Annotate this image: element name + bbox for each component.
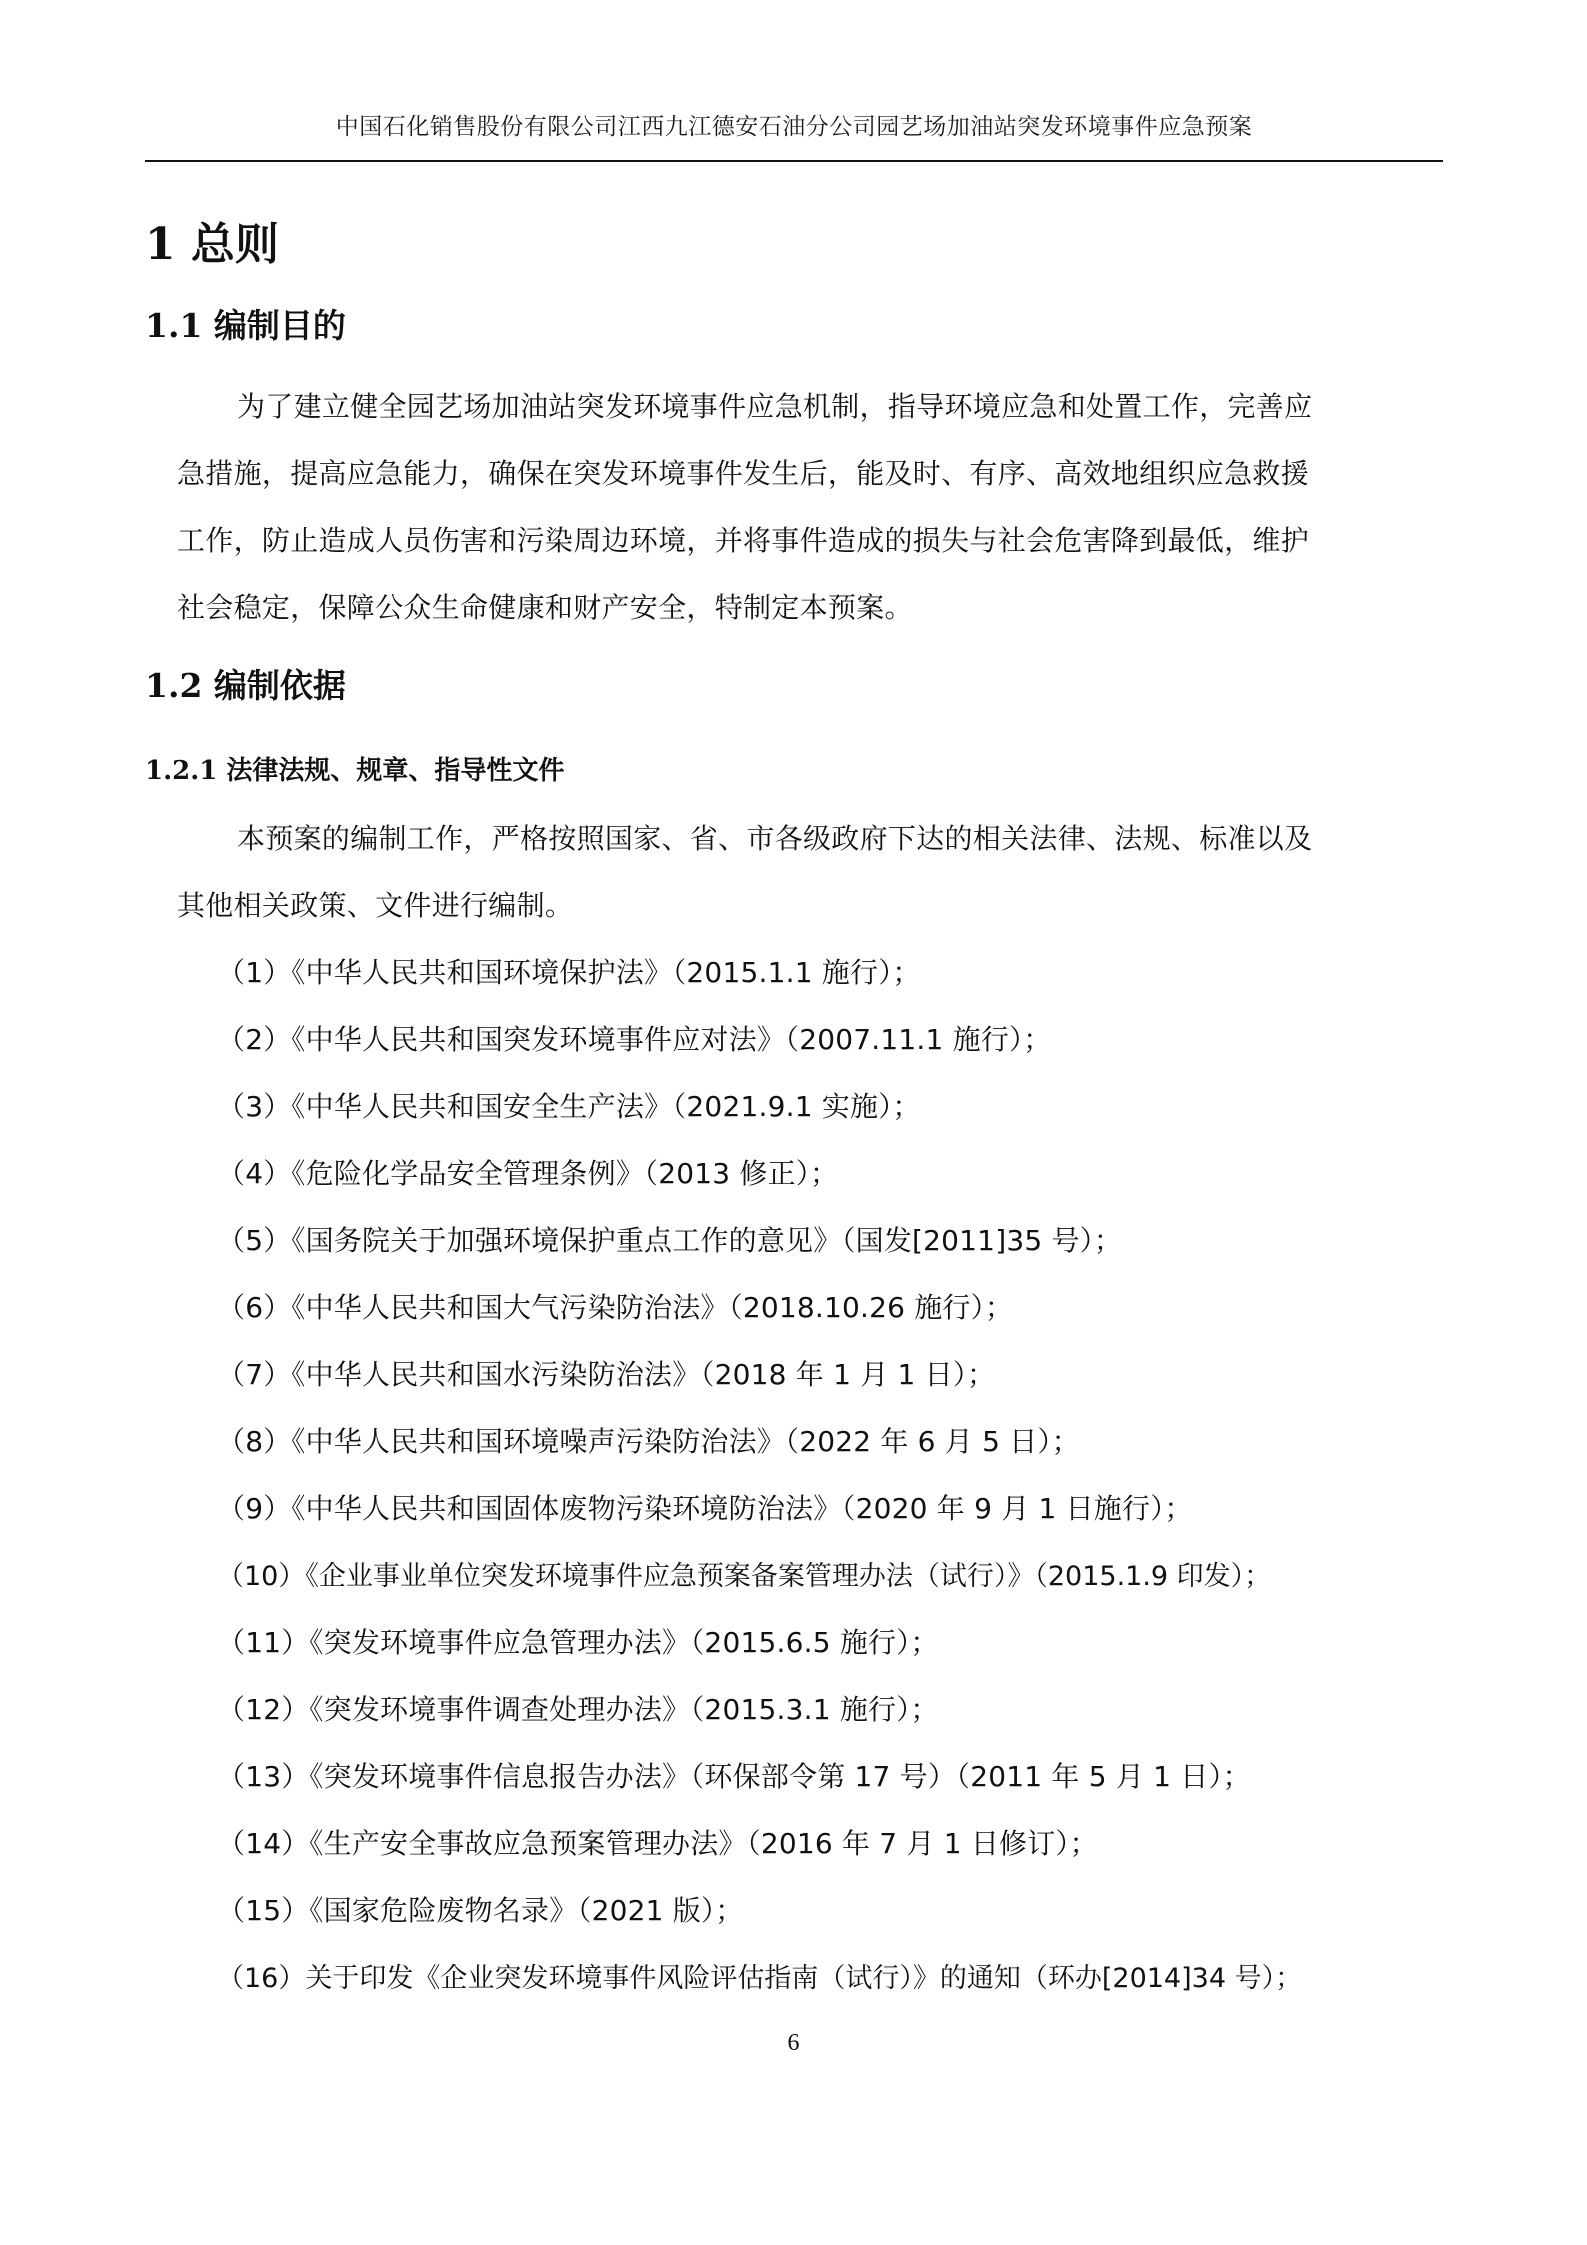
regulation-list-item: （5）《国务院关于加强环境保护重点工作的意见》（国发[2011]35 号）； [217,1219,1122,1259]
regulation-list-item: （4）《危险化学品安全管理条例》（2013 修正）； [217,1152,838,1192]
page-number: 6 [0,2030,1587,2057]
regulation-list-item: （10）《企业事业单位突发环境事件应急预案备案管理办法（试行）》（2015.1.… [217,1554,1271,1593]
regulation-list-item: （1）《中华人民共和国环境保护法》（2015.1.1 施行）； [217,951,921,991]
chapter-title: 1 总则 [145,208,279,272]
regulation-list-item: （8）《中华人民共和国环境噪声污染防治法》（2022 年 6 月 5 日）； [217,1420,1080,1460]
regulation-list-item: （3）《中华人民共和国安全生产法》（2021.9.1 实施）； [217,1085,921,1125]
subsection-title-1-2-1: 1.2.1 法律法规、规章、指导性文件 [145,750,564,787]
section-title-1-1: 1.1 编制目的 [145,300,346,347]
basis-paragraph-line: 其他相关政策、文件进行编制。 [177,884,573,924]
purpose-paragraph-line: 急措施，提高应急能力，确保在突发环境事件发生后，能及时、有序、高效地组织应急救援 [177,452,1309,492]
regulation-list-item: （2）《中华人民共和国突发环境事件应对法》（2007.11.1 施行）； [217,1018,1051,1058]
purpose-paragraph-line: 为了建立健全园艺场加油站突发环境事件应急机制，指导环境应急和处置工作，完善应 [237,385,1312,425]
regulation-list-item: （14）《生产安全事故应急预案管理办法》（2016 年 7 月 1 日修订）； [217,1822,1098,1862]
running-header: 中国石化销售股份有限公司江西九江德安石油分公司园艺场加油站突发环境事件应急预案 [145,108,1443,141]
purpose-paragraph-line: 社会稳定，保障公众生命健康和财产安全，特制定本预案。 [177,586,913,626]
purpose-paragraph-line: 工作，防止造成人员伤害和污染周边环境，并将事件造成的损失与社会危害降到最低，维护 [177,519,1309,559]
regulation-list-item: （6）《中华人民共和国大气污染防治法》（2018.10.26 施行）； [217,1286,1013,1326]
section-title-1-2: 1.2 编制依据 [145,660,346,707]
regulation-list-item: （7）《中华人民共和国水污染防治法》（2018 年 1 月 1 日）； [217,1353,995,1393]
regulation-list-item: （11）《突发环境事件应急管理办法》（2015.6.5 施行）； [217,1621,939,1661]
regulation-list-item: （15）《国家危险废物名录》（2021 版）； [217,1889,743,1929]
regulation-list-item: （12）《突发环境事件调查处理办法》（2015.3.1 施行）； [217,1688,939,1728]
regulation-list-item: （13）《突发环境事件信息报告办法》（环保部令第 17 号）（2011 年 5 … [217,1755,1251,1795]
basis-paragraph-line: 本预案的编制工作，严格按照国家、省、市各级政府下达的相关法律、法规、标准以及 [237,817,1312,857]
regulation-list-item: （16）关于印发《企业突发环境事件风险评估指南（试行）》的通知（环办[2014]… [217,1956,1302,1995]
regulation-list-item: （9）《中华人民共和国固体废物污染环境防治法》（2020 年 9 月 1 日施行… [217,1487,1193,1527]
header-divider [145,160,1443,162]
